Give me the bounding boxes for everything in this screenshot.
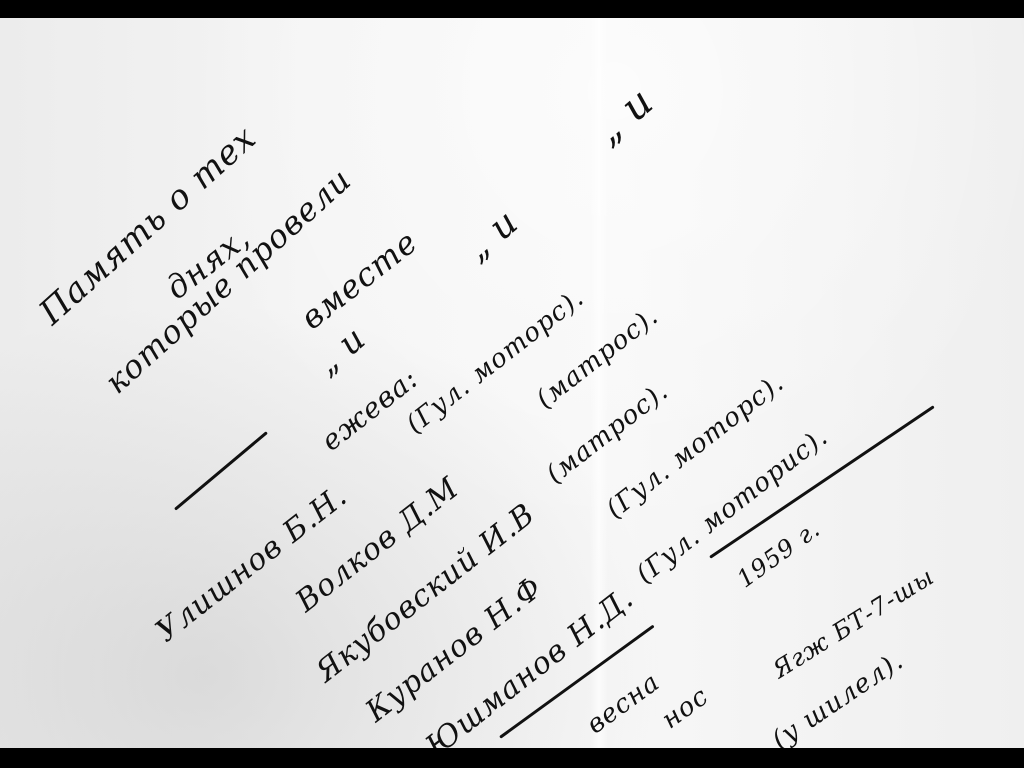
footer-vessel: Ягж БТ-7-шы: [768, 562, 940, 684]
paper-sheet: Память о тех днях, которые провели вмест…: [0, 18, 1024, 748]
ditto-mark-1: „ и: [457, 202, 526, 270]
footer-year: 1959 г.: [732, 515, 826, 594]
footer-vessel-prefix: нос: [656, 681, 714, 735]
entry-1-role: (Гул. моторс).: [401, 283, 590, 440]
heading-line-4: вместе: [293, 222, 425, 336]
entry-4-name: Куранов Н.Ф: [359, 570, 549, 729]
entry-5-role: (Гул. моторис).: [631, 422, 834, 590]
ditto-stroke: [174, 431, 268, 510]
